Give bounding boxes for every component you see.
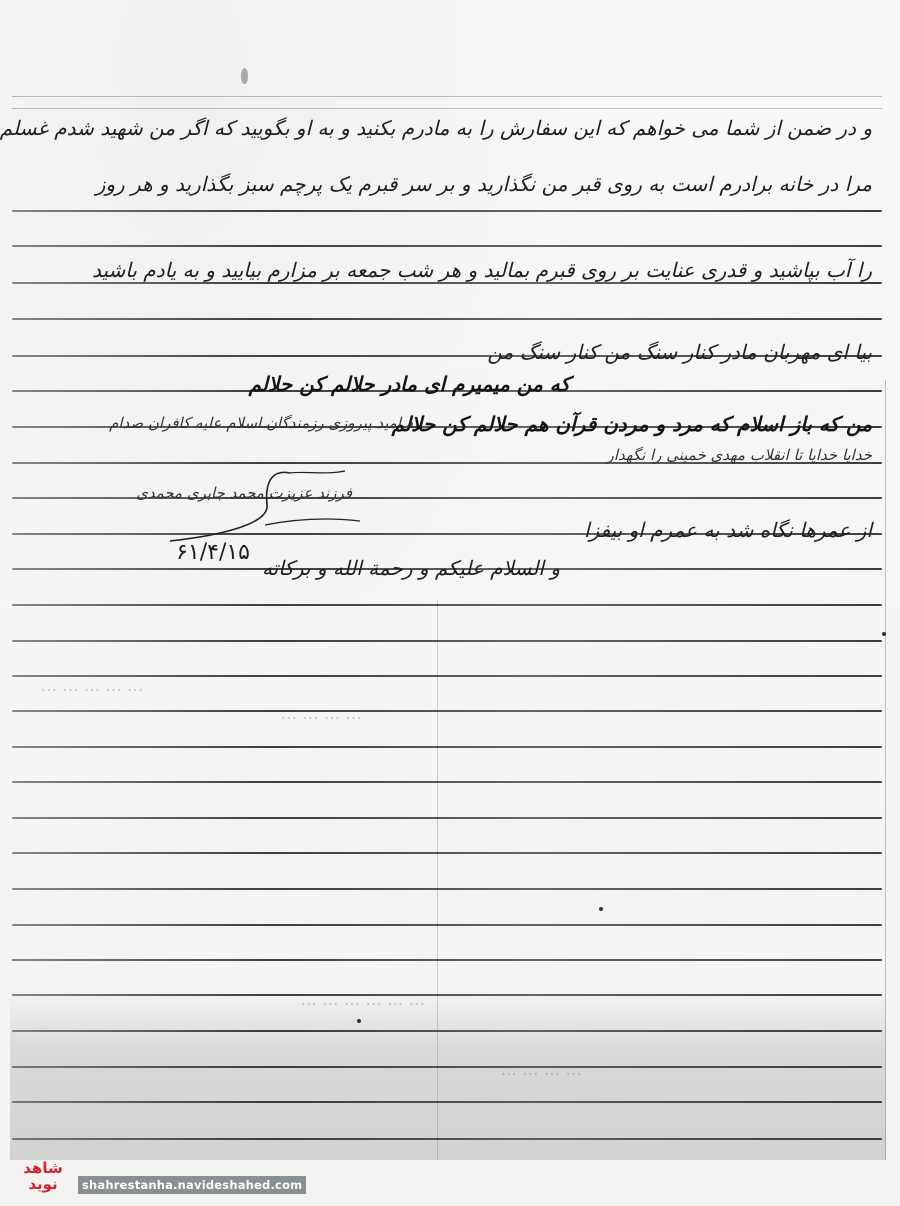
ruled-line	[12, 710, 882, 712]
ruled-line	[12, 924, 882, 926]
salutation-line: و السلام علیکم و رحمة الله و برکاته	[262, 556, 560, 580]
ruled-line	[12, 746, 882, 748]
logo-text-top: شاهد	[12, 1160, 74, 1176]
ruled-line	[12, 96, 882, 97]
logo-text-bottom: نوید	[12, 1176, 74, 1192]
ruled-line	[12, 318, 882, 320]
prayer-line: خدایا خدایا تا انقلاب مهدی خمینی را نگهد…	[607, 446, 872, 464]
ruled-line	[12, 282, 882, 284]
ruled-line	[12, 210, 882, 212]
closing-prayer-line: از عمرها نگاه شد به عمرم او بیفزا	[584, 518, 872, 542]
watermark-url: shahrestanha.navideshahed.com	[78, 1176, 306, 1194]
ruled-line	[12, 1101, 882, 1103]
scan-shadow	[10, 990, 886, 1160]
ruled-line	[12, 994, 882, 996]
hope-line: به امید پیروزی رزمندگان اسلام علیه کافرا…	[109, 414, 418, 432]
bleed-through-text: ... ... ... ...	[500, 1060, 581, 1080]
site-watermark: شاهد نوید shahrestanha.navideshahed.com	[12, 1170, 306, 1200]
ruled-line	[12, 108, 882, 109]
poem-line-1: بیا ای مهربان مادر کنار سنگ من کنار سنگ …	[487, 340, 872, 364]
scanned-letter-page: و در ضمن از شما می خواهم که این سفارش را…	[0, 0, 900, 1206]
ruled-line	[12, 888, 882, 890]
poem-line-2: که من میمیرم ای مادر حلالم کن حلالم	[249, 372, 570, 396]
letter-line-3: را آب بپاشید و قدری عنایت بر روی قبرم بم…	[92, 258, 872, 282]
ruled-line	[12, 959, 882, 961]
ruled-line	[12, 817, 882, 819]
navideshahed-logo: شاهد نوید	[12, 1160, 74, 1198]
ink-dot	[882, 632, 886, 636]
letter-line-2: مرا در خانه برادرم است به روی قبر من نگذ…	[96, 172, 872, 196]
ink-dot	[599, 907, 603, 911]
ruled-line	[12, 1138, 882, 1140]
ruled-line	[12, 245, 882, 247]
ink-blot	[241, 68, 248, 84]
bleed-through-text: ... ... ... ... ... ...	[300, 990, 424, 1010]
ink-dot	[357, 1019, 361, 1023]
ruled-line	[12, 1066, 882, 1068]
letter-line-1: و در ضمن از شما می خواهم که این سفارش را…	[0, 116, 872, 140]
bleed-through-text: ... ... ... ...	[280, 704, 361, 724]
ruled-line	[12, 640, 882, 642]
bleed-through-text: ... ... ... ... ...	[40, 676, 143, 696]
poem-line-3: من که باز اسلام که مرد و مردن قرآن هم حل…	[392, 412, 872, 436]
ruled-line	[12, 604, 882, 606]
ruled-line	[12, 781, 882, 783]
ruled-line	[12, 852, 882, 854]
signature-mark	[165, 465, 365, 545]
ruled-line	[12, 1030, 882, 1032]
